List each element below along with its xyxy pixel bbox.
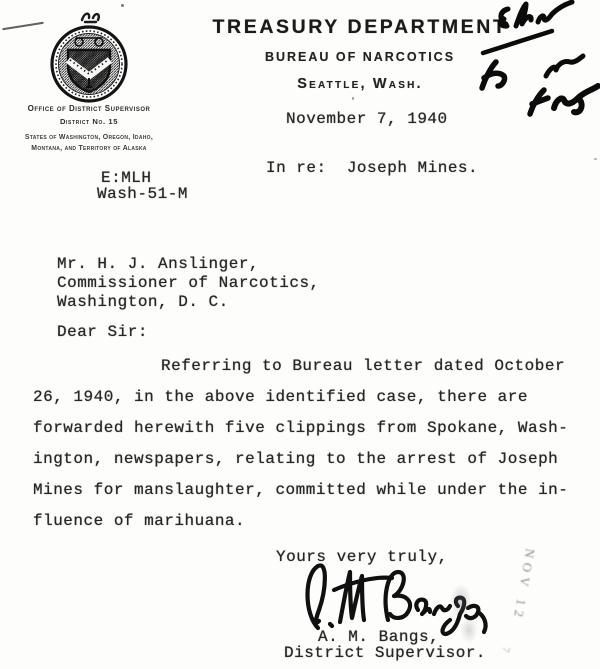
received-date-stamp: NOV 12 (509, 547, 538, 623)
recipient-title: Commissioner of Narcotics, (57, 275, 320, 292)
body-line: 26, 1940, in the above identified case, … (33, 389, 528, 406)
office-of-district-supervisor: Office of District Supervisor (4, 104, 174, 113)
body-line: ington, newspapers, relating to the arre… (33, 451, 558, 468)
scan-speck (594, 158, 597, 160)
recipient-address: Washington, D. C. (57, 294, 229, 311)
letter-page: Office of District Supervisor District N… (0, 0, 600, 669)
typed-signature-title: District Supervisor. (284, 645, 486, 662)
body-line: fluence of marihuana. (33, 513, 245, 530)
stamp-fragment: 7 (499, 646, 512, 655)
district-states-line1: States of Washington, Oregon, Idaho, (4, 134, 174, 141)
recipient-name: Mr. H. J. Anslinger, (57, 256, 259, 273)
scan-speck (121, 4, 124, 7)
seal-crest (82, 14, 99, 22)
salutation: Dear Sir: (57, 324, 148, 341)
treasury-seal-icon (46, 8, 132, 104)
subject-line: In re: Joseph Mines. (266, 160, 478, 177)
pen-scratch-mark (2, 22, 44, 31)
body-line: Referring to Bureau letter dated October (161, 358, 565, 375)
district-states-line2: Montana, and Territory of Alaska (4, 145, 174, 152)
body-line: forwarded herewith five clippings from S… (33, 420, 568, 437)
scan-speck (352, 97, 354, 100)
handwritten-note: illegible handwritten marker note, three… (460, 0, 600, 132)
district-number: District No. 15 (4, 117, 174, 126)
file-number: Wash-51-M (97, 186, 188, 203)
body-line: Mines for manslaughter, committed while … (33, 482, 568, 499)
date-line: November 7, 1940 (286, 111, 448, 128)
